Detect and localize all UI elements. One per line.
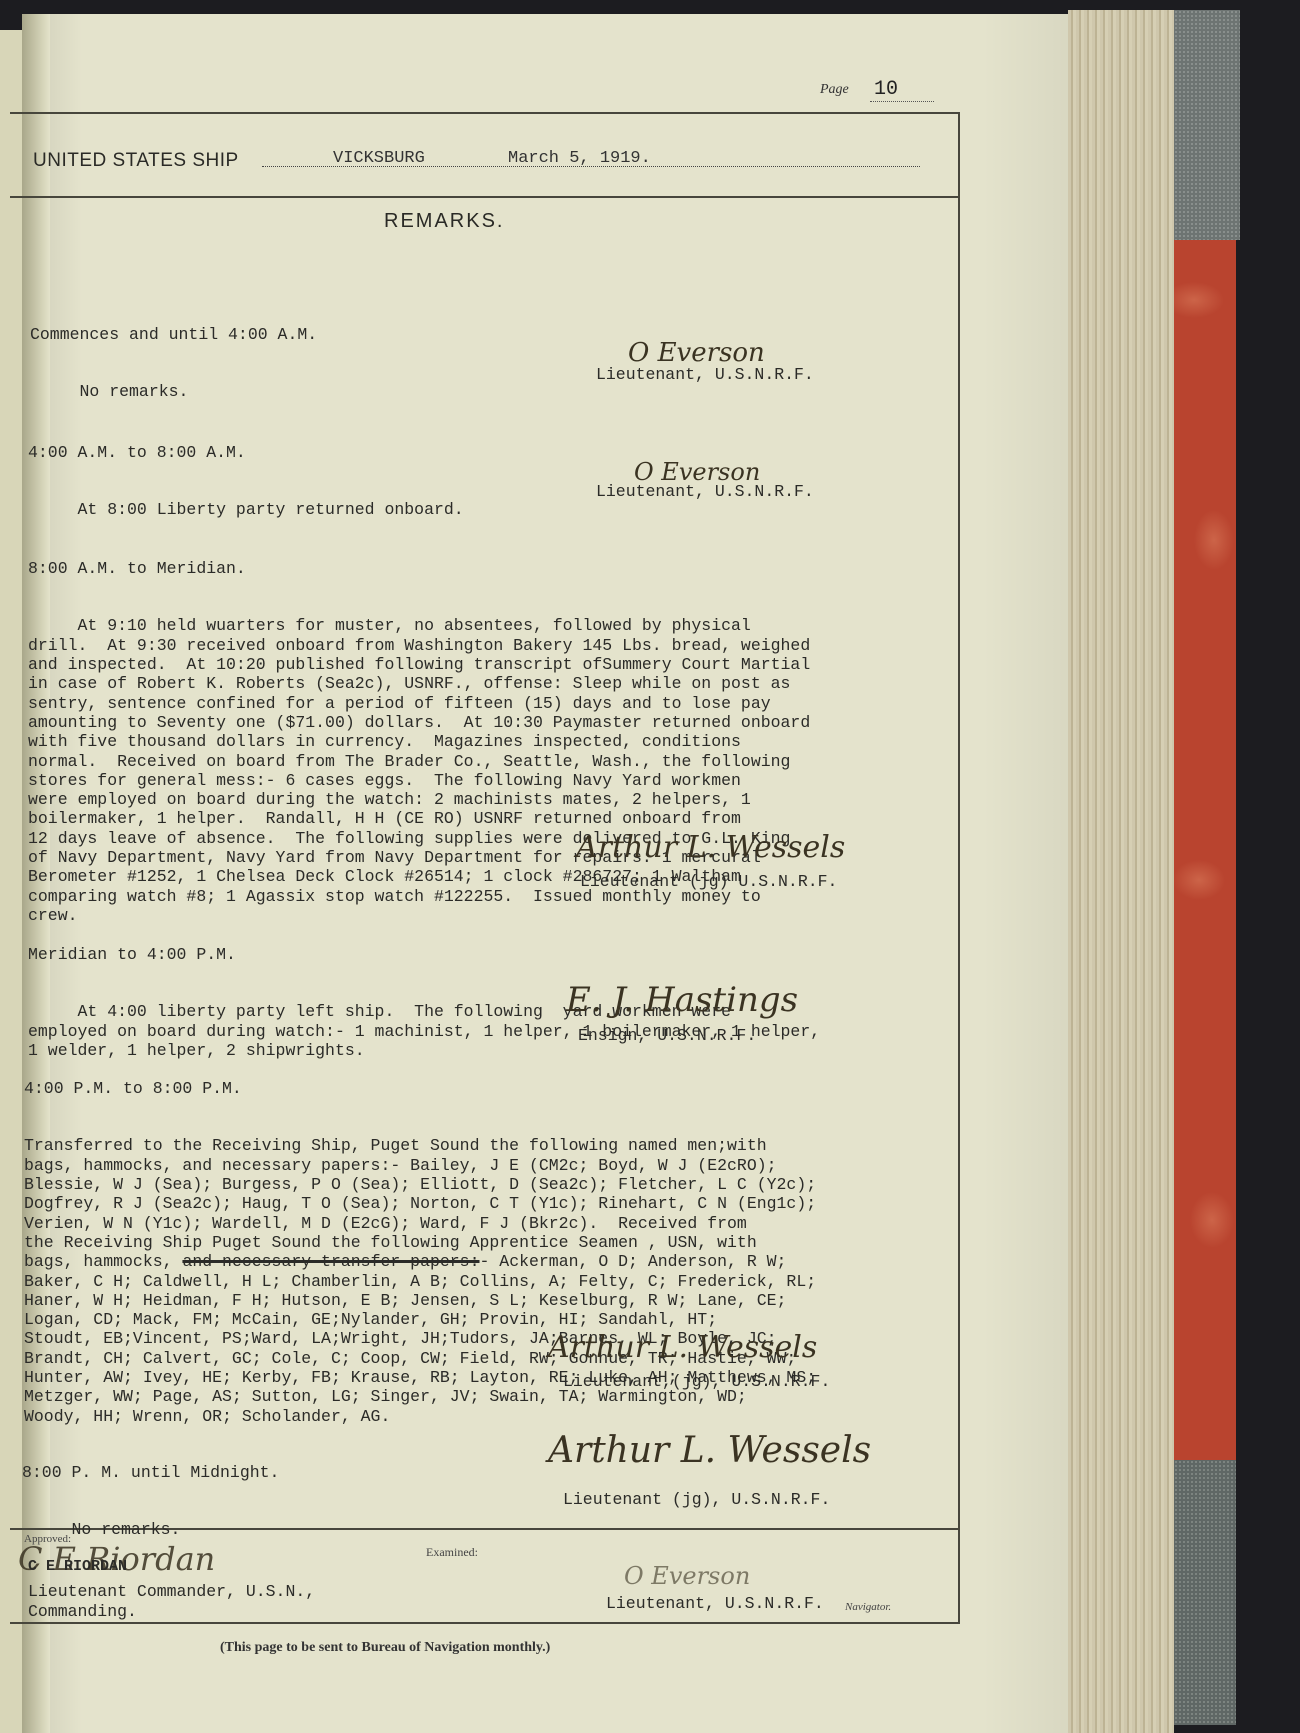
signature-handwritten: O Everson (628, 338, 765, 368)
signature-handwritten: Arthur L. Wessels (576, 830, 845, 865)
commander-name: C E RIORDAN (28, 1558, 127, 1575)
signature-title: Lieutenant (jg), U.S.N.R.F. (563, 1490, 830, 1509)
examined-label: Examined: (426, 1545, 478, 1560)
watch-entry: 4:00 A.M. to 8:00 A.M. At 8:00 Liberty p… (28, 404, 464, 539)
page-label: Page (820, 82, 849, 98)
signature-handwritten: E. J. Hastings (566, 980, 798, 1020)
watch-heading: Meridian to 4:00 P.M. (28, 945, 820, 964)
remarks-title: REMARKS. (384, 210, 504, 233)
transfer-text: Transferred to the Receiving Ship, Puget… (24, 1136, 816, 1271)
signature-title: Lieutenant (jg) U.S.N.R.F. (580, 872, 837, 891)
navigator-role: Navigator. (845, 1601, 891, 1613)
signature-handwritten: Arthur L. Wessels (548, 1330, 817, 1365)
watch-heading: 4:00 P.M. to 8:00 P.M. (24, 1079, 816, 1098)
watch-body: No remarks. (30, 382, 317, 401)
commander-role: Commanding. (28, 1602, 137, 1621)
signature-title: Lieutenant,(jg), U.S.N.R.F. (563, 1372, 830, 1391)
page-block-edges (1068, 10, 1174, 1733)
ship-name: VICKSBURG (333, 149, 425, 168)
ship-label: UNITED STATES SHIP (33, 150, 239, 172)
watch-heading: 8:00 P. M. until Midnight. (22, 1463, 279, 1482)
signature-title: Lieutenant, U.S.N.R.F. (596, 482, 814, 501)
watch-heading: 4:00 A.M. to 8:00 A.M. (28, 443, 464, 462)
header-divider (10, 196, 958, 198)
watch-heading: Commences and until 4:00 A.M. (30, 325, 317, 344)
page-number: 10 (870, 78, 934, 102)
commander-title: Lieutenant Commander, U.S.N., (28, 1582, 315, 1601)
struck-text: and necessary transfer papers: (182, 1252, 479, 1271)
watch-heading: 8:00 A.M. to Meridian. (28, 559, 810, 578)
navigator-title: Lieutenant, U.S.N.R.F. (606, 1594, 824, 1613)
marbled-cover (1174, 240, 1236, 1460)
cover-cloth-top (1174, 10, 1240, 240)
navigator-signature: O Everson (624, 1562, 750, 1590)
watch-body: At 8:00 Liberty party returned onboard. (28, 500, 464, 519)
footer-note: (This page to be sent to Bureau of Navig… (220, 1640, 550, 1656)
signature-handwritten: Arthur L. Wessels (548, 1430, 871, 1471)
cover-cloth-bottom (1174, 1460, 1236, 1725)
signature-title: Lieutenant, U.S.N.R.F. (596, 365, 814, 384)
watch-entry: Commences and until 4:00 A.M. No remarks… (30, 286, 317, 421)
log-date: March 5, 1919. (508, 149, 651, 168)
